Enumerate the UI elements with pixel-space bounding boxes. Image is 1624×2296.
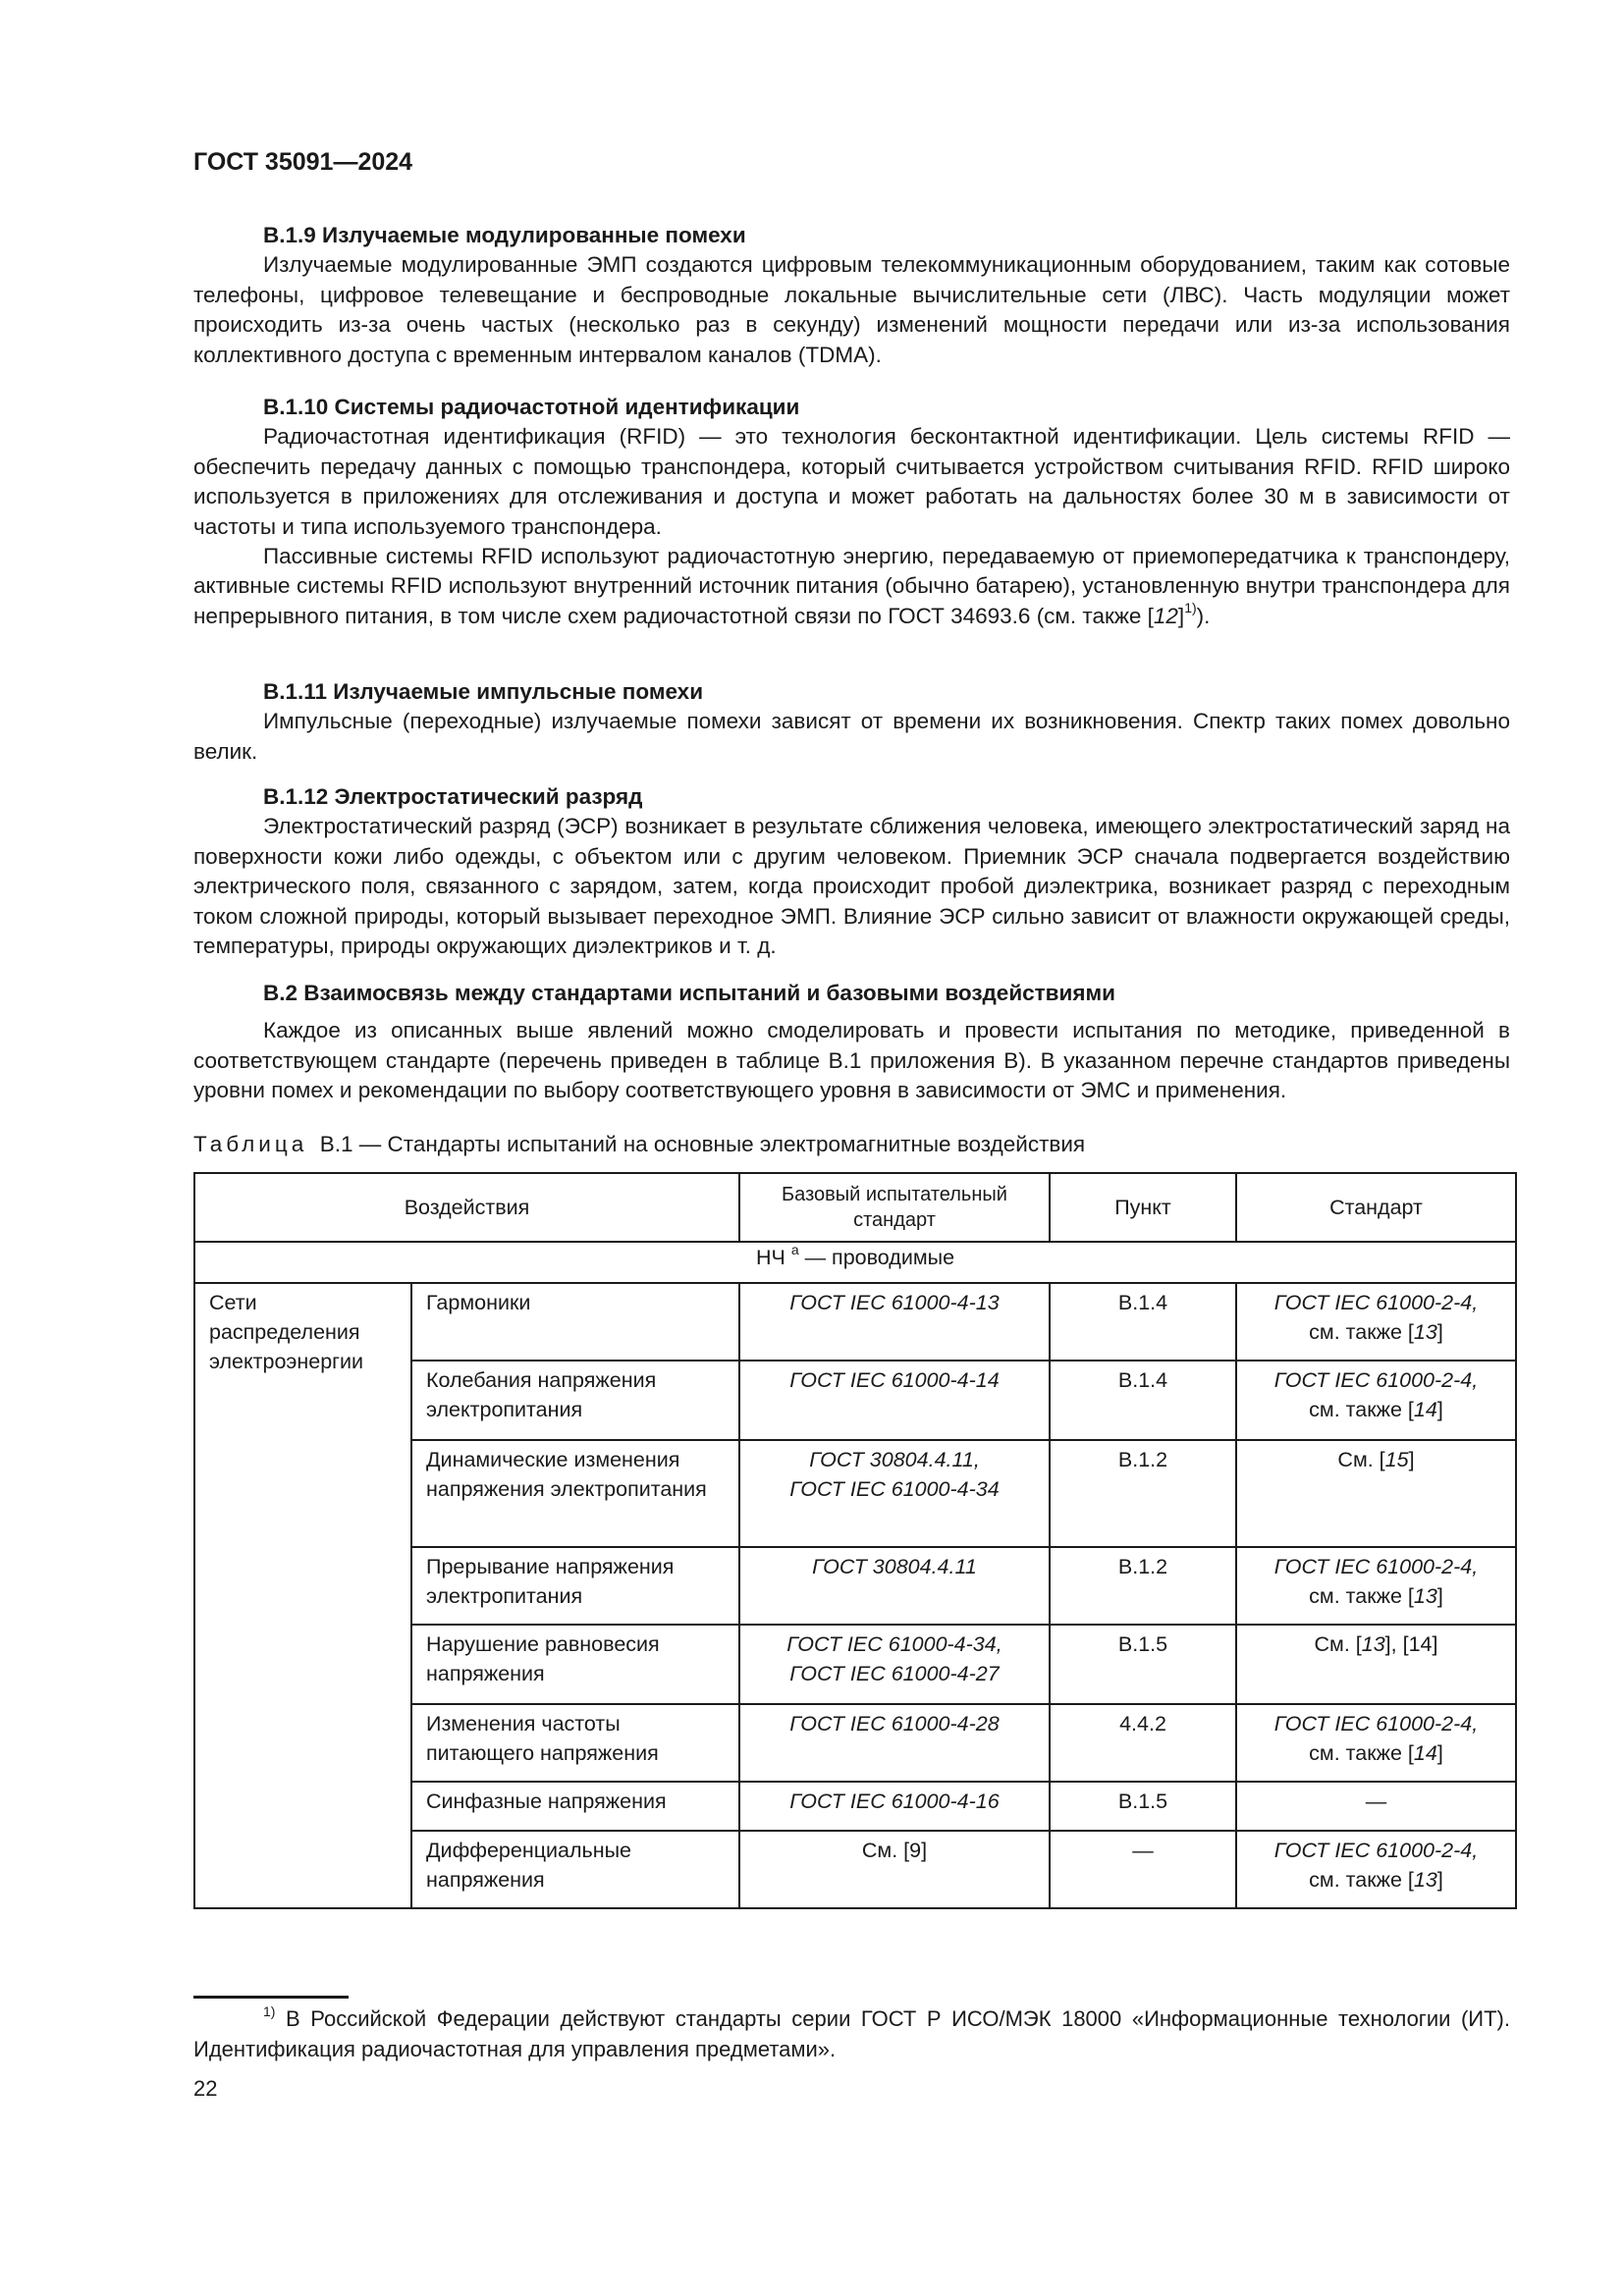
- footnote-divider: [193, 1996, 349, 1999]
- footnote: 1) В Российской Федерации действуют стан…: [193, 2003, 1510, 2064]
- bibliography-reference[interactable]: 13: [1414, 1320, 1437, 1344]
- standard-reference: ГОСТ 30804.4.11: [748, 1552, 1041, 1581]
- base-standard-cell: ГОСТ IEC 61000-4-13: [739, 1283, 1050, 1361]
- standard-reference: ГОСТ IEC 61000-2-4,: [1245, 1836, 1507, 1865]
- impact-cell: Нарушение равновесия напряжения: [411, 1625, 739, 1704]
- standard-cell: ГОСТ IEC 61000-2-4,см. также [13]: [1236, 1831, 1516, 1908]
- standard-cell: ГОСТ IEC 61000-2-4,см. также [13]: [1236, 1547, 1516, 1625]
- paragraph: Каждое из описанных выше явлений можно с…: [193, 1016, 1510, 1105]
- clause-cell: В.1.4: [1050, 1283, 1236, 1361]
- impact-cell: Синфазные напряжения: [411, 1782, 739, 1831]
- standard-cell: —: [1236, 1782, 1516, 1831]
- section-title: В.1.9 Излучаемые модулированные помехи: [193, 221, 1510, 250]
- clause-cell: В.1.5: [1050, 1782, 1236, 1831]
- group-label: НЧ а — проводимые: [194, 1242, 1516, 1283]
- standard-reference: ГОСТ IEC 61000-2-4,: [1245, 1365, 1507, 1395]
- standard-cell: ГОСТ IEC 61000-2-4,см. также [13]: [1236, 1283, 1516, 1361]
- base-standard-cell: ГОСТ 30804.4.11,ГОСТ IEC 61000-4-34: [739, 1440, 1050, 1547]
- standard-reference: ГОСТ IEC 61000-4-34: [748, 1474, 1041, 1504]
- standard-reference: ГОСТ IEC 61000-4-27: [748, 1659, 1041, 1688]
- table-note-marker: а: [791, 1242, 799, 1257]
- standard-reference: ГОСТ IEC 61000-4-16: [748, 1787, 1041, 1816]
- section-b1-10: В.1.10 Системы радиочастотной идентифика…: [193, 393, 1510, 631]
- clause-cell: 4.4.2: [1050, 1704, 1236, 1782]
- column-header-standard: Стандарт: [1236, 1173, 1516, 1242]
- section-b1-12: В.1.12 Электростатический разряд Электро…: [193, 782, 1510, 961]
- section-title: В.1.11 Излучаемые импульсные помехи: [193, 677, 1510, 707]
- section-b1-9: В.1.9 Излучаемые модулированные помехи И…: [193, 221, 1510, 370]
- impact-cell: Колебания напряжения электропитания: [411, 1361, 739, 1440]
- base-standard-cell: ГОСТ IEC 61000-4-34,ГОСТ IEC 61000-4-27: [739, 1625, 1050, 1704]
- impact-cell: Прерывание напряжения электропитания: [411, 1547, 739, 1625]
- reference-link[interactable]: 12: [1154, 604, 1178, 628]
- paragraph: Электростатический разряд (ЭСР) возникае…: [193, 812, 1510, 961]
- clause-cell: В.1.4: [1050, 1361, 1236, 1440]
- column-header-clause: Пункт: [1050, 1173, 1236, 1242]
- section-title: В.1.12 Электростатический разряд: [193, 782, 1510, 812]
- clause-cell: —: [1050, 1831, 1236, 1908]
- section-title: В.2 Взаимосвязь между стандартами испыта…: [193, 979, 1510, 1008]
- paragraph: Пассивные системы RFID используют радиоч…: [193, 542, 1510, 631]
- paragraph: Импульсные (переходные) излучаемые помех…: [193, 707, 1510, 767]
- impact-cell: Изменения частоты питающего напряжения: [411, 1704, 739, 1782]
- base-standard-cell: ГОСТ 30804.4.11: [739, 1547, 1050, 1625]
- section-title: В.1.10 Системы радиочастотной идентифика…: [193, 393, 1510, 422]
- bibliography-reference[interactable]: 14: [1414, 1398, 1437, 1421]
- base-standard-cell: См. [9]: [739, 1831, 1050, 1908]
- clause-cell: В.1.2: [1050, 1440, 1236, 1547]
- clause-cell: В.1.2: [1050, 1547, 1236, 1625]
- base-standard-cell: ГОСТ IEC 61000-4-16: [739, 1782, 1050, 1831]
- base-standard-cell: ГОСТ IEC 61000-4-14: [739, 1361, 1050, 1440]
- table-header-row: Воздействия Базовый испытательный станда…: [194, 1173, 1516, 1242]
- standard-reference: ГОСТ 30804.4.11,: [748, 1445, 1041, 1474]
- clause-cell: В.1.5: [1050, 1625, 1236, 1704]
- category-cell: Сети распределения электроэнергии: [194, 1283, 411, 1908]
- bibliography-reference[interactable]: 14: [1414, 1741, 1437, 1765]
- standard-cell: См. [15]: [1236, 1440, 1516, 1547]
- standard-reference: ГОСТ IEC 61000-2-4,: [1245, 1288, 1507, 1317]
- column-header-impacts: Воздействия: [194, 1173, 739, 1242]
- bibliography-reference[interactable]: 13: [1414, 1584, 1437, 1608]
- bibliography-reference[interactable]: 13: [1362, 1632, 1385, 1656]
- section-b2: В.2 Взаимосвязь между стандартами испыта…: [193, 979, 1510, 1106]
- impact-cell: Динамические изменения напряжения электр…: [411, 1440, 739, 1547]
- paragraph: Радиочастотная идентификация (RFID) — эт…: [193, 422, 1510, 542]
- standard-reference: ГОСТ IEC 61000-4-14: [748, 1365, 1041, 1395]
- document-header: ГОСТ 35091—2024: [193, 147, 412, 177]
- table-caption-text: В.1 — Стандарты испытаний на основные эл…: [320, 1132, 1085, 1156]
- table-caption-label: Таблица: [193, 1132, 307, 1156]
- standard-cell: ГОСТ IEC 61000-2-4,см. также [14]: [1236, 1704, 1516, 1782]
- paragraph: Излучаемые модулированные ЭМП создаются …: [193, 250, 1510, 370]
- bibliography-reference[interactable]: 15: [1385, 1448, 1409, 1471]
- standard-cell: ГОСТ IEC 61000-2-4,см. также [14]: [1236, 1361, 1516, 1440]
- standard-cell: См. [13], [14]: [1236, 1625, 1516, 1704]
- page-number: 22: [193, 2074, 217, 2104]
- table-row: Сети распределения электроэнергииГармони…: [194, 1283, 1516, 1361]
- standard-reference: ГОСТ IEC 61000-4-28: [748, 1709, 1041, 1738]
- section-b1-11: В.1.11 Излучаемые импульсные помехи Импу…: [193, 677, 1510, 767]
- standard-reference: ГОСТ IEC 61000-4-13: [748, 1288, 1041, 1317]
- base-standard-cell: ГОСТ IEC 61000-4-28: [739, 1704, 1050, 1782]
- bibliography-reference[interactable]: 13: [1414, 1868, 1437, 1892]
- column-header-base-standard: Базовый испытательный стандарт: [739, 1173, 1050, 1242]
- standard-reference: ГОСТ IEC 61000-2-4,: [1245, 1709, 1507, 1738]
- standard-reference: ГОСТ IEC 61000-4-34,: [748, 1629, 1041, 1659]
- standards-table: Воздействия Базовый испытательный станда…: [193, 1172, 1517, 1909]
- footnote-marker: 1): [263, 2003, 275, 2019]
- impact-cell: Дифференциальные напряжения: [411, 1831, 739, 1908]
- footnote-marker[interactable]: 1): [1184, 600, 1196, 615]
- standard-reference: ГОСТ IEC 61000-2-4,: [1245, 1552, 1507, 1581]
- table-caption: Таблица В.1 — Стандарты испытаний на осн…: [193, 1130, 1085, 1159]
- table-group-row: НЧ а — проводимые: [194, 1242, 1516, 1283]
- impact-cell: Гармоники: [411, 1283, 739, 1361]
